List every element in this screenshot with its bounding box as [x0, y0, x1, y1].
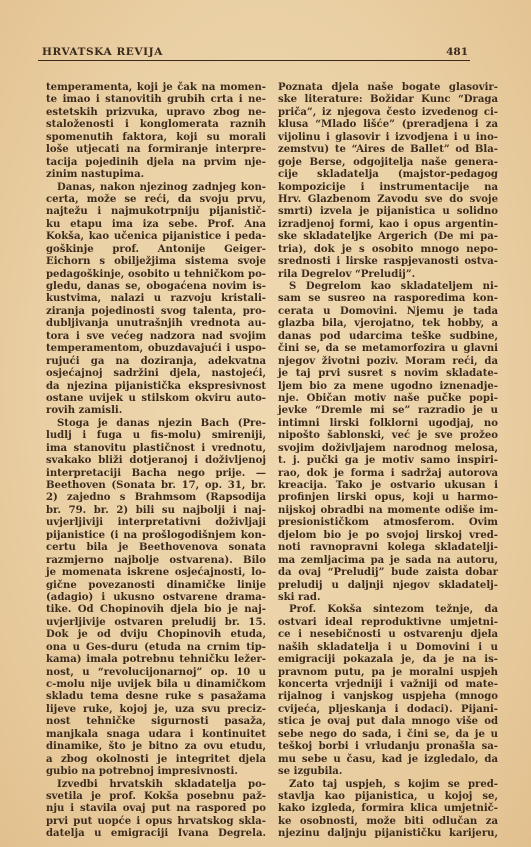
text-line: presionističkom atmosferom. Ovim — [278, 517, 498, 529]
text-line: razmjerno najbolje ostvarena). Bilo — [46, 555, 266, 567]
text-line: tria), dok je s osobito mnogo nepo- — [278, 244, 498, 256]
text-line: certa, može se reći, da svoju prvu, — [46, 194, 266, 206]
text-line: vijolinu i glasovir i izvodjena i u ino- — [278, 132, 498, 144]
text-line: lijeve ruke, kojoj je, uza svu preciz- — [46, 704, 266, 716]
text-line: rijalnog i vanjskog uspjeha (mnogo — [278, 691, 498, 703]
text-line: temperamentom, obuzdavajući i uspo- — [46, 343, 266, 355]
text-line: da ovaj “Preludij” bude zaista dobar — [278, 567, 498, 579]
text-line: ke osobnosti, može biti odlučan za — [278, 816, 498, 828]
journal-page: HRVATSKA REVIJA 481 temperamenta, koji j… — [0, 0, 531, 847]
left-text-column: temperamenta, koji je čak na momen-te im… — [46, 82, 266, 841]
text-line: uvjerljivije ostvaren preludij br. 15. — [46, 617, 266, 629]
text-line: manjkala snaga udara i kontinuitet — [46, 729, 266, 741]
text-line: Izvedbi hrvatskih skladatelja po- — [46, 779, 266, 791]
text-line: ljem bio za mene ugodno iznenadje- — [278, 381, 498, 393]
text-line: svakako bliži dotjeranoj i doživljenoj — [46, 455, 266, 467]
text-line: čini se, da se metamorfozira u glavni — [278, 343, 498, 355]
text-line: priča”, iz njegova često izvedenog ci- — [278, 107, 498, 119]
text-line: pedagoškinje, osobito u tehničkom po- — [46, 269, 266, 281]
text-line: loše utjecati na formiranje interpre- — [46, 144, 266, 156]
page-number: 481 — [446, 46, 468, 58]
text-line: cerata u Domovini. Njemu je tada — [278, 306, 498, 318]
text-line: gubio na potrebnoj impresivnosti. — [46, 766, 266, 778]
text-line: sam se susreo na rasporedima kon- — [278, 293, 498, 305]
text-line: interpretaciji Bacha nego prije. — — [46, 468, 266, 480]
text-line: Zato taj uspjeh, s kojim se pred- — [278, 779, 498, 791]
text-line: temperamenta, koji je čak na momen- — [46, 82, 266, 94]
text-line: preludij u daljnji njegov skladatelj- — [278, 580, 498, 592]
text-line: da njezina pijanistička ekspresivnost — [46, 381, 266, 393]
text-line: br. 79. br. 2) bili su najbolji i naj- — [46, 505, 266, 517]
text-line: osjećajnoj sadržini djela, nastojeći, — [46, 368, 266, 380]
text-line: je momenata iskrene osjećajnosti, lo- — [46, 567, 266, 579]
text-line: Poznata djela naše bogate glasovir- — [278, 82, 498, 94]
text-line: c-molu nije uvijek bila u dinamičkom — [46, 679, 266, 691]
text-line: goje Berse, odgojitelja naše genera- — [278, 157, 498, 169]
text-line: sebe nego do sada, i čini se, da je u — [278, 729, 498, 741]
text-line: nju i stavila ovaj put na raspored po — [46, 803, 266, 815]
text-line: izradjenoj formi, kao i opus argentin- — [278, 219, 498, 231]
text-line: njezinu daljnju pijanističku karijeru, — [278, 828, 498, 840]
text-line: zinim nastupima. — [46, 169, 266, 181]
text-line: uvjerljiviji interpretativni doživljaji — [46, 517, 266, 529]
text-line: Beethoven (Sonata br. 17, op. 31, br. — [46, 480, 266, 492]
text-line: gične povezanosti dinamičke linije — [46, 580, 266, 592]
text-line: cije skladatelja (majstor-pedagog — [278, 169, 498, 181]
text-line: pijanistice (i na prošlogodišnjem kon- — [46, 530, 266, 542]
text-line: Eichorn s obilježjima sistema svoje — [46, 256, 266, 268]
text-line: mu sebe u času, kad je izgledalo, da — [278, 754, 498, 766]
text-line: ziranja pojedinosti svog talenta, pro- — [46, 306, 266, 318]
text-line: smrti) izvela je pijanistica u solidno — [278, 206, 498, 218]
text-line: rovih zamisli. — [46, 405, 266, 417]
text-line: profinjen lirski opus, koji u harmo- — [278, 492, 498, 504]
text-line: ku etapu ima iza sebe. Prof. Ana — [46, 219, 266, 231]
text-line: Hrv. Glazbenom Zavodu sve do svoje — [278, 194, 498, 206]
text-line: rao, dok je forma i sadržaj autorova — [278, 468, 498, 480]
text-line: najtežu i najmukotrpniju pijanistič- — [46, 206, 266, 218]
text-line: nost, u “revolucijonarnoj” op. 10 u — [46, 667, 266, 679]
text-line: jevke “Dremle mi se” razradio je u — [278, 405, 498, 417]
text-line: svojim doživljajem narodnog melosa, — [278, 443, 498, 455]
text-line: 2) zajedno s Brahmsom (Rapsodija — [46, 492, 266, 504]
text-line: ske skladateljke Argerich (De mi pa- — [278, 231, 498, 243]
text-line: ostane uvijek u stilskom okviru auto- — [46, 393, 266, 405]
text-line: koncerta vrjedniji i važniji od mate- — [278, 679, 498, 691]
text-line: dubljivanja unutrašnjih vrednota au- — [46, 318, 266, 330]
text-line: Prof. Kokša sintezom težnje, da — [278, 604, 498, 616]
text-line: staloženosti i konglomerata raznih — [46, 119, 266, 131]
text-line: cvijeća, pljeskanja i dodaci). Pijani- — [278, 704, 498, 716]
right-text-column: Poznata djela naše bogate glasovir-ske l… — [278, 82, 498, 841]
text-line: je taj prvi susret s novim skladate- — [278, 368, 498, 380]
text-line: srednosti i lirske raspjevanosti ostva- — [278, 256, 498, 268]
text-line: ske literature: Božidar Kunc “Draga — [278, 94, 498, 106]
text-line: tora i sve većeg nadzora nad svojim — [46, 331, 266, 343]
text-line: danas pod udarcima teške sudbine, — [278, 331, 498, 343]
text-line: teškoj borbi i vrludanju pronašla sa- — [278, 741, 498, 753]
text-line: pravnom putu, pa je moralni uspjeh — [278, 667, 498, 679]
text-line: ima stanovitu plastičnost i vrednotu, — [46, 443, 266, 455]
text-line: (adagio) i ukusno ostvarene drama- — [46, 592, 266, 604]
text-line: S Degrelom kao skladateljem ni- — [278, 281, 498, 293]
text-line: certu bila je Beethovenova sonata — [46, 542, 266, 554]
text-line: kreacija. Tako je ostvario ukusan i — [278, 480, 498, 492]
text-line: gledu, danas se, obogaćena novim is- — [46, 281, 266, 293]
text-line: estetskih prizvuka, upravo zbog ne- — [46, 107, 266, 119]
text-line: njegov životni poziv. Moram reći, da — [278, 356, 498, 368]
text-line: kompozicije i instrumentacije na — [278, 182, 498, 194]
text-line: Danas, nakon njezinog zadnjeg kon- — [46, 182, 266, 194]
text-line: ce i nesebičnosti u ostvarenju djela — [278, 629, 498, 641]
text-line: klusa “Mlado lišće” (preradjena i za — [278, 119, 498, 131]
text-line: glazba bila, vjerojatno, tek hobby, a — [278, 318, 498, 330]
text-line: ona u Ges-duru (etuda na crnim tip- — [46, 642, 266, 654]
text-line: kustvima, nalazi u razvoju kristali- — [46, 293, 266, 305]
text-line: a zbog okolnosti je integritet djela — [46, 754, 266, 766]
text-line: dinamike, što je bitno za ovu etudu, — [46, 741, 266, 753]
text-line: tacija pojedinih djela na prvim nje- — [46, 157, 266, 169]
text-line: djelom bio je po svojoj lirskoj vred- — [278, 530, 498, 542]
text-line: kama) imala potrebnu tehničku ležer- — [46, 654, 266, 666]
text-line: nje. Običan motiv naše pučke popi- — [278, 393, 498, 405]
text-line: ma zemljacima pa je sada na autoru, — [278, 555, 498, 567]
text-line: ostvari ideal reproduktivne umjetni- — [278, 617, 498, 629]
text-line: t. j. pučki ga je motiv samo inspiri- — [278, 455, 498, 467]
text-line: nijskoj obradbi na momente odiše im- — [278, 505, 498, 517]
text-line: spomenutih faktora, koji su morali — [46, 132, 266, 144]
running-header: HRVATSKA REVIJA 481 — [38, 44, 470, 61]
text-line: ski rad. — [278, 592, 498, 604]
journal-title: HRVATSKA REVIJA — [42, 46, 163, 58]
text-line: zemstvu) te “Aires de Ballet” od Bla- — [278, 144, 498, 156]
text-line: svetila je prof. Kokša posebnu paž- — [46, 791, 266, 803]
text-line: emigraciji pokazala je, da je na is- — [278, 654, 498, 666]
text-line: skladu tema desne ruke s pasažama — [46, 691, 266, 703]
text-line: tike. Od Chopinovih djela bio je naj- — [46, 604, 266, 616]
text-line: noti ravnopravni kolega skladatelji- — [278, 542, 498, 554]
text-line: nipošto šablonski, već je sve prožeo — [278, 430, 498, 442]
text-line: ludlj i fuga u fis-molu) smireniji, — [46, 430, 266, 442]
text-line: te imao i stanovitih grubih crta i ne- — [46, 94, 266, 106]
text-line: stavlja kao pijanistica, u kojoj se, — [278, 791, 498, 803]
text-line: Dok je od dviju Chopinovih etuda, — [46, 629, 266, 641]
text-line: datelja u emigraciji Ivana Degrela. — [46, 828, 266, 840]
text-line: intimni lirski folklorni ugodjaj, no — [278, 418, 498, 430]
text-line: nost tehničke sigurnosti pasaža, — [46, 716, 266, 728]
text-line: Kokša, kao učenica pijanistice i peda- — [46, 231, 266, 243]
text-line: se izgubila. — [278, 766, 498, 778]
text-line: goškinje prof. Antonije Geiger- — [46, 244, 266, 256]
text-line: rila Degrelov “Preludij”. — [278, 269, 498, 281]
text-line: rujući ga na doziranja, adekvatna — [46, 356, 266, 368]
text-line: kako izgleda, formira klica umjetnič- — [278, 803, 498, 815]
text-line: naših skladatelja i u Domovini i u — [278, 642, 498, 654]
text-line: stica je ovaj put dala mnogo više od — [278, 716, 498, 728]
text-line: Stoga je danas njezin Bach (Pre- — [46, 418, 266, 430]
text-line: prvi put uopće i opus hrvatskog skla- — [46, 816, 266, 828]
